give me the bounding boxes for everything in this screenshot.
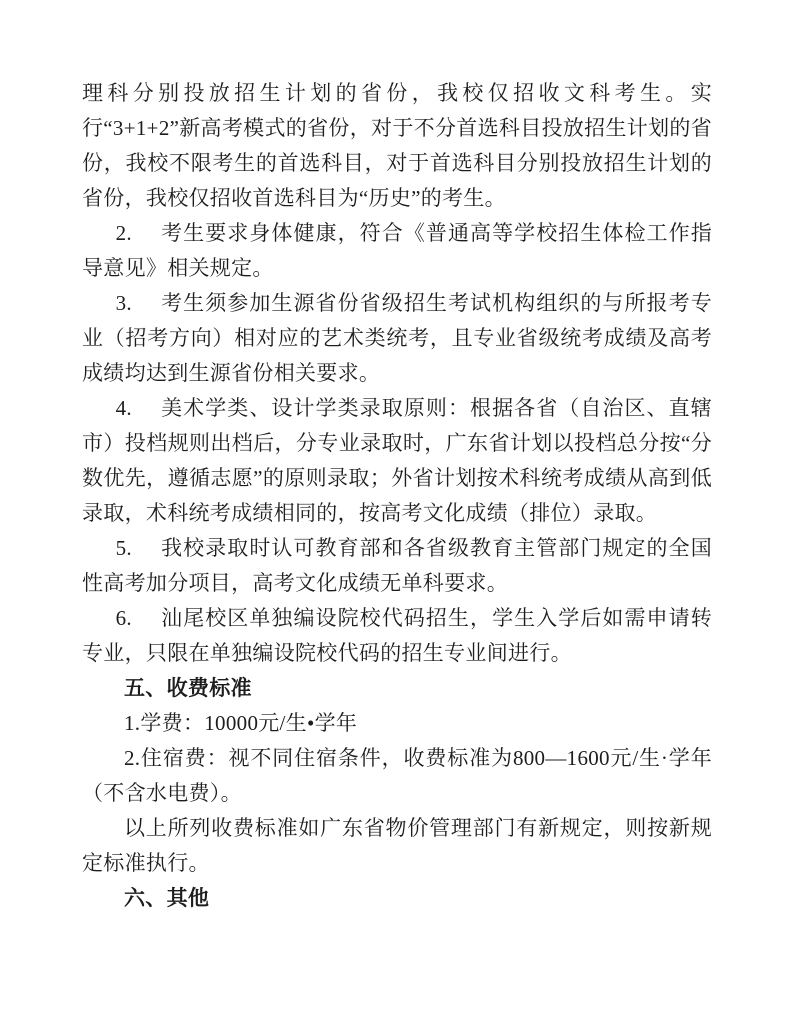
list-marker-5: 5. — [116, 536, 132, 560]
list-marker-2: 2. — [116, 221, 132, 245]
housing-fee-line: 2.住宿费：视不同住宿条件，收费标准为800—1600元/生·学年（不含水电费）… — [82, 741, 712, 811]
numbered-item-5-text: 我校录取时认可教育部和各省级教育主管部门规定的全国性高考加分项目，高考文化成绩无… — [82, 536, 712, 595]
list-marker-3: 3. — [116, 291, 132, 315]
list-marker-6: 6. — [116, 606, 132, 630]
paragraph-continuation: 理科分别投放招生计划的省份，我校仅招收文科考生。实行“3+1+2”新高考模式的省… — [82, 76, 712, 216]
tuition-fee-line: 1.学费：10000元/生•学年 — [82, 706, 712, 741]
numbered-item-5: 5.我校录取时认可教育部和各省级教育主管部门规定的全国性高考加分项目，高考文化成… — [82, 531, 712, 601]
numbered-item-3: 3.考生须参加生源省份省级招生考试机构组织的与所报考专业（招考方向）相对应的艺术… — [82, 286, 712, 391]
list-marker-4: 4. — [116, 396, 132, 420]
fee-policy-note: 以上所列收费标准如广东省物价管理部门有新规定，则按新规定标准执行。 — [82, 811, 712, 881]
numbered-item-3-text: 考生须参加生源省份省级招生考试机构组织的与所报考专业（招考方向）相对应的艺术类统… — [82, 291, 712, 385]
document-page: 理科分别投放招生计划的省份，我校仅招收文科考生。实行“3+1+2”新高考模式的省… — [0, 0, 800, 1036]
numbered-item-2-text: 考生要求身体健康，符合《普通高等学校招生体检工作指导意见》相关规定。 — [82, 221, 712, 280]
numbered-item-4: 4.美术学类、设计学类录取原则：根据各省（自治区、直辖市）投档规则出档后，分专业… — [82, 391, 712, 531]
numbered-item-6-text: 汕尾校区单独编设院校代码招生，学生入学后如需申请转专业，只限在单独编设院校代码的… — [82, 606, 712, 665]
section-heading-other: 六、其他 — [82, 881, 712, 916]
numbered-item-6: 6.汕尾校区单独编设院校代码招生，学生入学后如需申请转专业，只限在单独编设院校代… — [82, 601, 712, 671]
section-heading-fees: 五、收费标准 — [82, 671, 712, 706]
numbered-item-4-text: 美术学类、设计学类录取原则：根据各省（自治区、直辖市）投档规则出档后，分专业录取… — [82, 396, 712, 525]
numbered-item-2: 2.考生要求身体健康，符合《普通高等学校招生体检工作指导意见》相关规定。 — [82, 216, 712, 286]
